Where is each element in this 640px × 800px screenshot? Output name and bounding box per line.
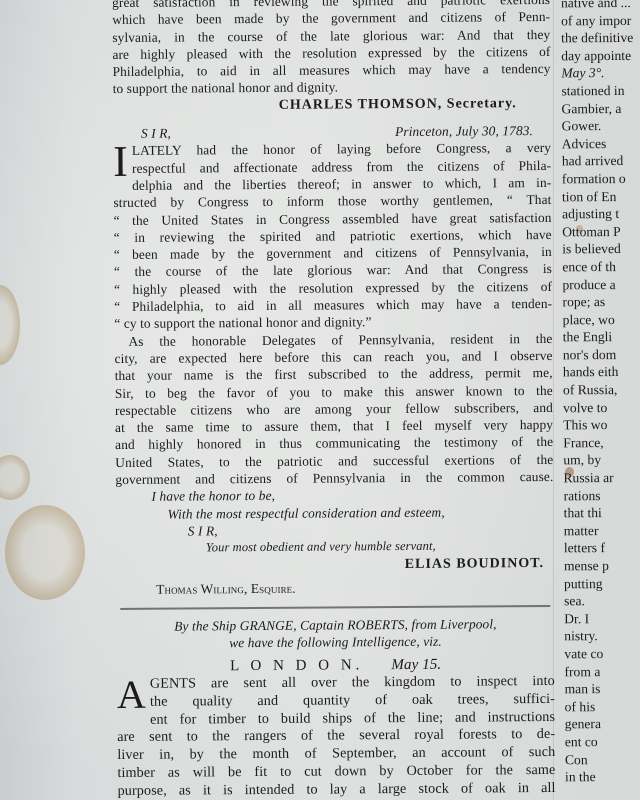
text-line: sea.	[564, 592, 640, 610]
water-stain-left-lower	[0, 455, 30, 500]
text-line: volve to	[563, 398, 640, 416]
text-line: letters f	[564, 539, 640, 557]
letter-closing: I have the honor to be, With the most re…	[115, 485, 553, 557]
text-line: Gower.	[562, 117, 640, 135]
intelligence-header: By the Ship GRANGE, Captain ROBERTS, fro…	[116, 615, 554, 653]
letter-salutation: S I R,	[141, 125, 171, 143]
water-stain-left-bottom	[5, 505, 85, 600]
text-line: from a	[564, 662, 640, 680]
text-line: vate co	[564, 645, 640, 663]
text-line: “ Philadelphia, to aid in all measures w…	[114, 295, 552, 315]
text-line: the definitive	[561, 29, 640, 47]
text-line: is believed	[562, 240, 640, 258]
right-column-cropped: native and ...of any importhe definitive…	[561, 0, 640, 786]
letter-dateline: Princeton, July 30, 1783.	[395, 122, 533, 140]
text-line: rations	[564, 486, 640, 504]
text-line: ence of th	[562, 258, 640, 276]
text-line: tion of En	[562, 187, 640, 205]
text-line: mense p	[564, 557, 640, 575]
text-line: government and citizens of Pennsylvania …	[115, 468, 553, 488]
text-line: This wo	[563, 416, 640, 434]
water-stain-left-upper	[0, 285, 20, 365]
text-line: native and ...	[561, 0, 640, 12]
text-line: nor's dom	[563, 346, 640, 364]
letter-addressee: Thomas Willing, Esquire.	[116, 578, 554, 598]
text-line: the Engli	[563, 328, 640, 346]
text-line: Advices	[562, 134, 640, 152]
text-line: Ottoman P	[562, 222, 640, 240]
text-line: genera	[565, 715, 640, 733]
text-line: purpose, as it is intended to lay a larg…	[118, 780, 556, 800]
text-line: Con	[565, 750, 640, 768]
header-line: we have the following Intelligence, viz.	[116, 632, 554, 652]
letter-paragraph-1: I LATELY had the honor of laying before …	[113, 139, 552, 332]
main-column: great satisfaction in reviewing the spir…	[112, 0, 556, 800]
letter-paragraph-2: As the honorable Delegates of Pennsylvan…	[114, 330, 553, 489]
text-line: nistry.	[564, 627, 640, 645]
letter-signature: ELIAS BOUDINOT.	[116, 554, 554, 574]
text-line: that thi	[564, 504, 640, 522]
text-line: produce a	[562, 275, 640, 293]
drop-cap: I	[113, 144, 128, 180]
text-line: in the	[565, 768, 640, 786]
dateline-place: L O N D O N.	[230, 657, 363, 675]
text-line: adjusting t	[562, 205, 640, 223]
resolution-tail: great satisfaction in reviewing the spir…	[112, 0, 551, 98]
text-line: of his	[565, 697, 640, 715]
text-line: May 3°.	[561, 64, 640, 82]
text-line: rope; as	[562, 293, 640, 311]
drop-cap: A	[117, 678, 146, 712]
text-line: France,	[563, 434, 640, 452]
text-line: putting	[564, 574, 640, 592]
text-line: ent co	[565, 733, 640, 751]
letter: S I R, Princeton, July 30, 1783. I LATEL…	[113, 122, 554, 598]
text-line: Russia ar	[563, 469, 640, 487]
text-line: place, wo	[563, 310, 640, 328]
text-line: formation o	[562, 170, 640, 188]
text-line: day appointe	[561, 46, 640, 64]
text-line: of any impor	[561, 11, 640, 29]
dateline-date: May 15.	[391, 656, 441, 674]
text-line: had arrived	[562, 152, 640, 170]
text-line: matter	[564, 521, 640, 539]
text-line: hands eith	[563, 363, 640, 381]
text-line: of Russia,	[563, 381, 640, 399]
london-article: A GENTS are sent all over the kingdom to…	[117, 673, 556, 800]
text-line: um, by	[563, 451, 640, 469]
header-line: By the Ship GRANGE, Captain ROBERTS, fro…	[116, 615, 554, 635]
resolution-signature: CHARLES THOMSON, Secretary.	[113, 95, 551, 115]
text-line: Gambier, a	[561, 99, 640, 117]
text-line: Dr. I	[564, 609, 640, 627]
text-line: man is	[565, 680, 640, 698]
text-line: stationed in	[561, 82, 640, 100]
section-divider	[120, 605, 550, 610]
